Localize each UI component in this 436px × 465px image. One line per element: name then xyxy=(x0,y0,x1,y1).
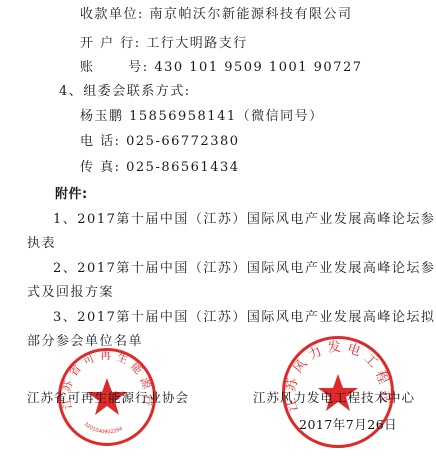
left-org-signature: 江苏省可再生能源行业协会 xyxy=(27,390,189,406)
account-value: 430 101 9509 1001 90727 xyxy=(154,60,362,75)
right-org-signature: 江苏风力发电工程技术中心 xyxy=(253,390,415,406)
payee-row: 收款单位: 南京帕沃尔新能源科技有限公司 xyxy=(80,7,353,23)
account-label: 账 号: xyxy=(80,60,149,75)
attachments-heading: 附件: xyxy=(55,187,88,203)
attachment-2-line2: 式及回报方案 xyxy=(27,285,114,301)
contact-fax: 传 真: 025-86561434 xyxy=(80,160,240,176)
contact-phone: 电 话: 025-66772380 xyxy=(80,134,240,150)
contact-person: 杨玉鹏 15856958141（微信同号） xyxy=(80,109,324,125)
attachment-3-line1: 3、2017第十届中国（江苏）国际风电产业发展高峰论坛拟邀请 xyxy=(53,310,436,326)
bank-label: 开 户 行: xyxy=(80,36,141,51)
signature-date: 2017年7月26日 xyxy=(299,417,397,433)
payee-label: 收款单位: xyxy=(80,7,144,22)
bank-value: 工行大明路支行 xyxy=(146,36,248,51)
svg-text:3201040902264: 3201040902264 xyxy=(83,421,124,435)
contact-heading: 4、组委会联系方式: xyxy=(59,84,191,100)
attachment-1-line2: 执表 xyxy=(27,236,56,252)
bank-row: 开 户 行: 工行大明路支行 xyxy=(80,36,248,52)
attachment-2-line1: 2、2017第十届中国（江苏）国际风电产业发展高峰论坛参与方 xyxy=(53,261,436,277)
payee-value: 南京帕沃尔新能源科技有限公司 xyxy=(150,7,353,22)
account-row: 账 号: 430 101 9509 1001 90727 xyxy=(80,60,363,76)
attachment-1-line1: 1、2017第十届中国（江苏）国际风电产业发展高峰论坛参会回 xyxy=(53,212,436,228)
